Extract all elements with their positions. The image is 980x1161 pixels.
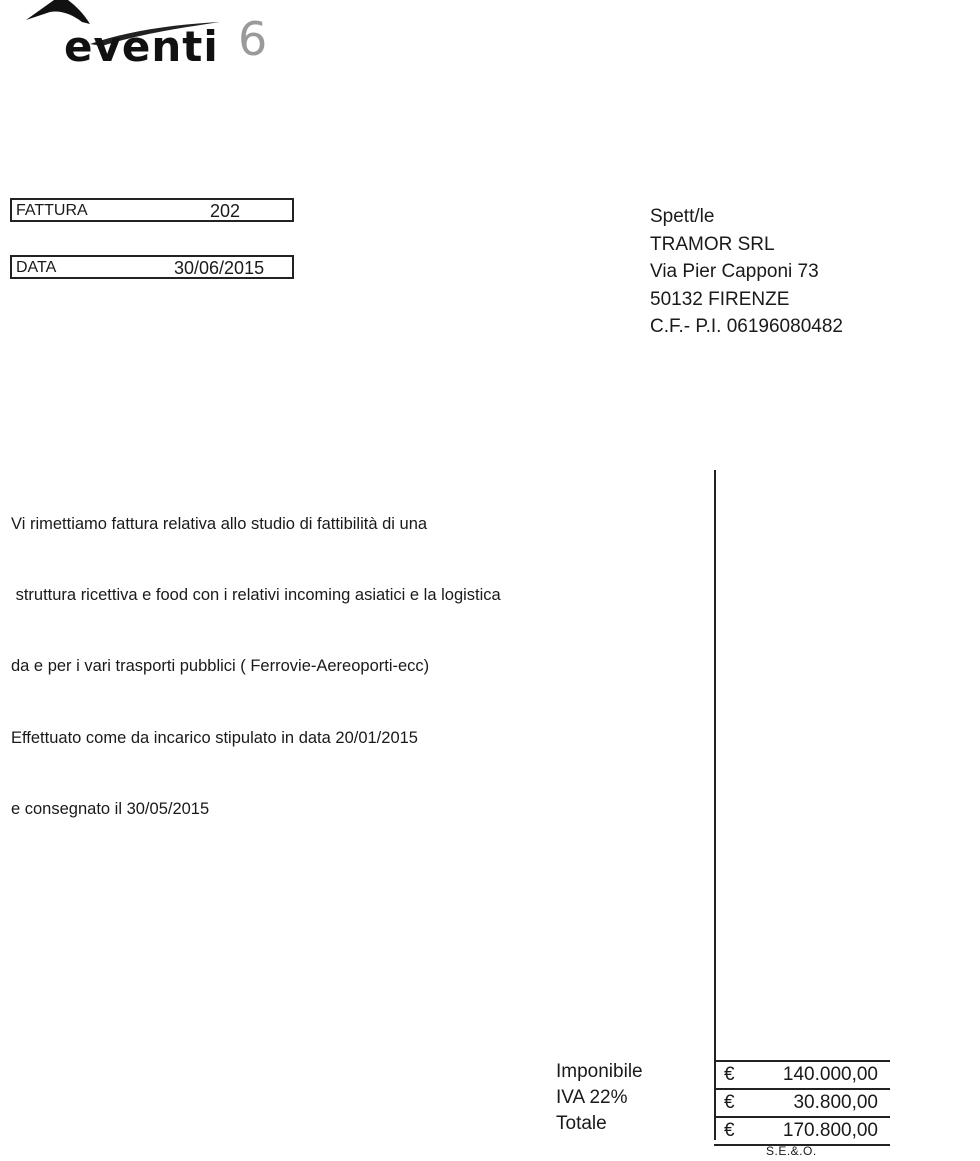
euro-icon: € (724, 1063, 735, 1087)
amount-column-divider (714, 470, 716, 1140)
taxable-row: € 140.000,00 (714, 1060, 890, 1088)
invoice-number-box: FATTURA 202 (10, 198, 294, 222)
vat-amount: 30.800,00 (793, 1091, 878, 1115)
invoice-description: Vi rimettiamo fattura relativa allo stud… (11, 465, 501, 846)
euro-icon: € (724, 1091, 735, 1115)
taxable-amount: 140.000,00 (783, 1063, 878, 1087)
description-line: da e per i vari trasporti pubblici ( Fer… (11, 655, 501, 679)
totals-labels: Imponibile IVA 22% Totale (556, 1059, 643, 1137)
logo-text: eventi (64, 22, 219, 71)
company-logo: eventi 6 (20, 0, 290, 80)
addressee-street: Via Pier Capponi 73 (650, 258, 843, 286)
invoice-date-label: DATA (16, 258, 56, 278)
vat-label: IVA 22% (556, 1085, 643, 1111)
invoice-date-box: DATA 30/06/2015 (10, 255, 294, 279)
invoice-number-value: 202 (210, 201, 240, 221)
totals-table: € 140.000,00 € 30.800,00 € 170.800,00 (714, 1060, 890, 1146)
description-line: Effettuato come da incarico stipulato in… (11, 727, 501, 751)
errors-omissions-note: S.E.&.O. (766, 1144, 817, 1158)
description-line: Vi rimettiamo fattura relativa allo stud… (11, 513, 501, 537)
total-amount: 170.800,00 (783, 1119, 878, 1143)
invoice-number-label: FATTURA (16, 201, 88, 221)
addressee-salutation: Spett/le (650, 203, 843, 231)
addressee-tax-id: C.F.- P.I. 06196080482 (650, 313, 843, 341)
description-line: e consegnato il 30/05/2015 (11, 798, 501, 822)
addressee-block: Spett/le TRAMOR SRL Via Pier Capponi 73 … (650, 203, 843, 341)
vat-row: € 30.800,00 (714, 1088, 890, 1116)
taxable-label: Imponibile (556, 1059, 643, 1085)
total-label: Totale (556, 1111, 643, 1137)
euro-icon: € (724, 1119, 735, 1143)
logo-suffix: 6 (238, 12, 267, 66)
addressee-city: 50132 FIRENZE (650, 286, 843, 314)
addressee-company: TRAMOR SRL (650, 231, 843, 259)
invoice-date-value: 30/06/2015 (174, 258, 264, 278)
total-row: € 170.800,00 (714, 1116, 890, 1146)
description-line: struttura ricettiva e food con i relativ… (11, 584, 501, 608)
